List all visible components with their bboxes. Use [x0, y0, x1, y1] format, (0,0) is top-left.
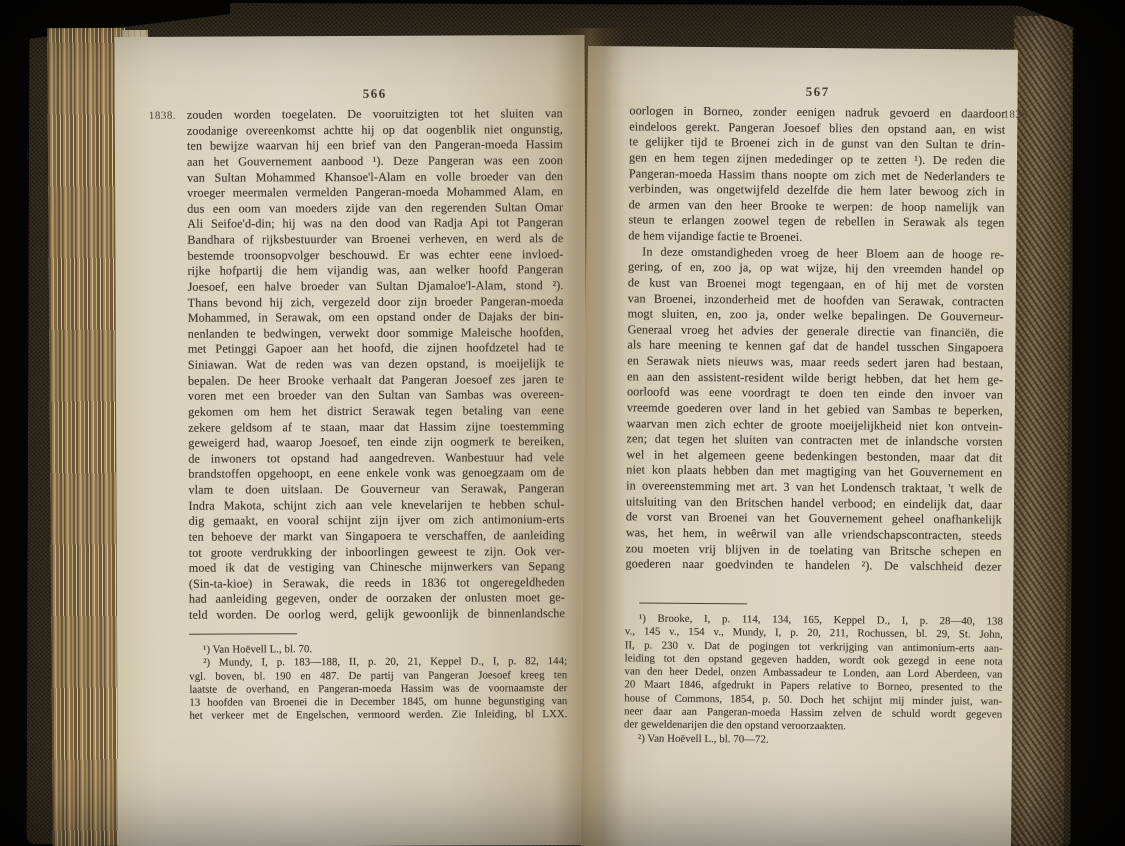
- text-line: brandstoffen opgehoopt, en eene enkele v…: [188, 465, 564, 482]
- text-line: aan het Gouvernement aanbood ¹). Deze Pa…: [187, 153, 563, 170]
- text-line: met Petinggi Gapoer aan het hoofd, die z…: [188, 340, 564, 357]
- page-number-right: 567: [630, 82, 1006, 101]
- text-line: geweigerd had, waarop Joesoef, ten einde…: [188, 434, 564, 451]
- text-line: bepalen. De heer Brooke verhaalt dat Pan…: [188, 372, 564, 389]
- text-line: van Sultan Mohammed Khansoe'l-Alam en vo…: [187, 169, 563, 186]
- left-page-footnotes: ¹) Van Hoëvell L., bl. 70.²) Mundy, I, p…: [189, 642, 567, 723]
- text-line: de inwoners tot opstand had aangedreven.…: [188, 450, 564, 467]
- text-line: zouden worden toegelaten. De vooruitzigt…: [187, 106, 563, 123]
- text-line: zekere geldsom af te staan, maar dat Has…: [188, 419, 564, 436]
- text-line: vroeger meermalen vermelden Pangeran-moe…: [187, 184, 563, 201]
- right-page-body: oorlogen in Borneo, zonder eenigen nadru…: [625, 103, 1005, 575]
- text-line: (Sin-ta-kioe) in Serawak, die reeds in 1…: [189, 575, 565, 592]
- text-line: rijke hofpartij die hem vijandig was, aa…: [187, 262, 563, 279]
- margin-year-right: 1838.: [1003, 109, 1030, 121]
- text-line: moed ik dat de vestiging van Chinesche m…: [189, 559, 565, 576]
- text-line: gekomen om hem het district Serawak tege…: [188, 403, 564, 420]
- text-line: teld worden. De oorlog werd, gelijk gewo…: [189, 606, 565, 623]
- text-line: dig gemaakt, en vooral schijnt zijn ijve…: [189, 512, 565, 529]
- left-page-body: zouden worden toegelaten. De vooruitzigt…: [187, 106, 565, 623]
- text-line: ten bewijze waarvan hij een brief van de…: [187, 137, 563, 154]
- text-line: dus een oom van moeders zijde van den re…: [187, 200, 563, 217]
- text-line: bestemde troonsopvolger beschouwd. Er wa…: [187, 247, 563, 264]
- margin-year-left: 1838.: [149, 110, 176, 122]
- footnote-separator-right: [639, 602, 747, 604]
- text-line: ten behoeve der markt van Singapoera te …: [189, 528, 565, 545]
- text-line: zoodanige overeenkomst achtte hij op dat…: [187, 122, 563, 139]
- text-line: Indra Makota, schijnt zich aan vele knev…: [188, 497, 564, 514]
- text-line: had aanleiding gegeven, onder de oorzake…: [189, 590, 565, 607]
- text-line: ²) Van Hoëvell L., bl. 70—72.: [624, 732, 1002, 749]
- book-photo: 566 1838. zouden worden toegelaten. De v…: [0, 0, 1125, 846]
- text-line: Siniawan. Wat de reden was van dezen ops…: [188, 356, 564, 373]
- text-line: nenlanden te bedwingen, verwekt door som…: [188, 325, 564, 342]
- page-number-left: 566: [187, 85, 563, 103]
- text-line: Thans bevond hij zich, vergezeld door zi…: [188, 294, 564, 311]
- text-line: Mohammed, in Serawak, om een opstand ond…: [188, 309, 564, 326]
- text-line: het verkeer met de Engelschen, vermoord …: [189, 709, 567, 724]
- text-line: tot groote verdrukking der inboorlingen …: [189, 544, 565, 561]
- left-page: 566 1838. zouden worden toegelaten. De v…: [114, 35, 588, 846]
- text-line: voren met een broeder van den Sultan van…: [188, 387, 564, 404]
- right-page: 567 1838. oorlogen in Borneo, zonder een…: [581, 46, 1018, 846]
- right-page-footnotes: ¹) Brooke, I, p. 114, 134, 165, Keppel D…: [624, 612, 1003, 748]
- text-line: Joesoef, een halve broeder van Sultan Dj…: [188, 278, 564, 295]
- text-line: goederen naar goedvinden te handelen ²).…: [625, 556, 1001, 575]
- text-line: ²) Mundy, I, p. 183—188, II, p. 20, 21, …: [189, 655, 567, 670]
- footnote-separator-left: [189, 633, 297, 634]
- text-line: Ali Seifoe'd-din; hij was na den dood va…: [187, 215, 563, 232]
- text-line: vlam te doen uitslaan. De Gouverneur van…: [188, 481, 564, 498]
- text-line: Bandhara of rijksbestuurder van Broenei …: [187, 231, 563, 248]
